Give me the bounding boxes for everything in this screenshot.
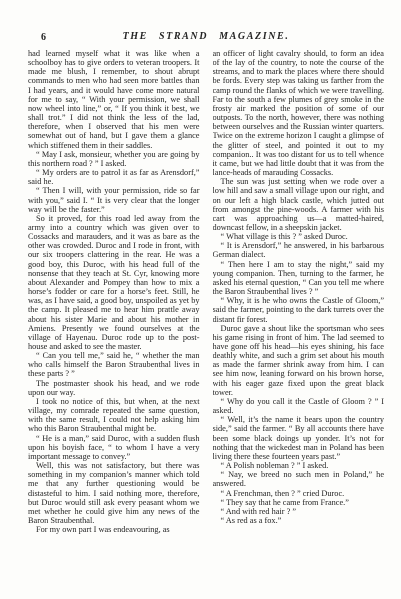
- paragraph: “ They say that he came from France.”: [213, 498, 385, 507]
- paragraph: “ What village is this ? ” asked Duroc.: [213, 232, 385, 241]
- paragraph: So it proved, for this road led away fro…: [28, 214, 200, 351]
- paragraph: Duroc gave a shout like the sportsman wh…: [213, 324, 385, 397]
- paragraph: I took no notice of this, but when, at t…: [28, 397, 200, 434]
- paragraph: “ He is a man,” said Duroc, with a sudde…: [28, 434, 200, 461]
- paragraph: had learned myself what it was like when…: [28, 49, 200, 150]
- paragraph: “ And with red hair ? ”: [213, 507, 385, 516]
- paragraph: “ Why, it is he who owns the Castle of G…: [213, 296, 385, 323]
- paragraph: “ Then here I am to stay the night,” sai…: [213, 260, 385, 297]
- page-header: 6 THE STRAND MAGAZINE.: [28, 31, 384, 45]
- paragraph: “ Why do you call it the Castle of Gloom…: [213, 397, 385, 415]
- right-column: an officer of light cavalry should, to f…: [213, 49, 385, 599]
- paragraph: an officer of light cavalry should, to f…: [213, 49, 385, 177]
- page-number: 6: [41, 32, 46, 43]
- paragraph: “ My orders are to patrol it as far as A…: [28, 168, 200, 186]
- paragraph: “ It is Arensdorf,” he answered, in his …: [213, 241, 385, 259]
- paragraph: “ As red as a fox.”: [213, 516, 385, 525]
- paragraph: “ May I ask, monsieur, whether you are g…: [28, 150, 200, 168]
- paragraph: The sun was just setting when we rode ov…: [213, 177, 385, 232]
- paragraph: Well, this was not satisfactory, but the…: [28, 461, 200, 525]
- paragraph: “ Nay, we breed no such men in Poland,” …: [213, 470, 385, 488]
- paragraph: “ Then I will, with your permission, rid…: [28, 186, 200, 213]
- running-title: THE STRAND MAGAZINE.: [28, 31, 384, 42]
- magazine-page: 6 THE STRAND MAGAZINE. had learned mysel…: [0, 0, 401, 599]
- paragraph: “ Well, it’s the name it bears upon the …: [213, 415, 385, 461]
- paragraph: The postmaster shook his head, and we ro…: [28, 379, 200, 397]
- paragraph: “ A Polish nobleman ? ” I asked.: [213, 461, 385, 470]
- text-columns: had learned myself what it was like when…: [28, 49, 384, 599]
- paragraph: For my own part I was endeavouring, as: [28, 525, 200, 534]
- left-column: had learned myself what it was like when…: [28, 49, 200, 599]
- paragraph: “ Can you tell me,” said he, “ whether t…: [28, 351, 200, 378]
- paragraph: “ A Frenchman, then ? ” cried Duroc.: [213, 489, 385, 498]
